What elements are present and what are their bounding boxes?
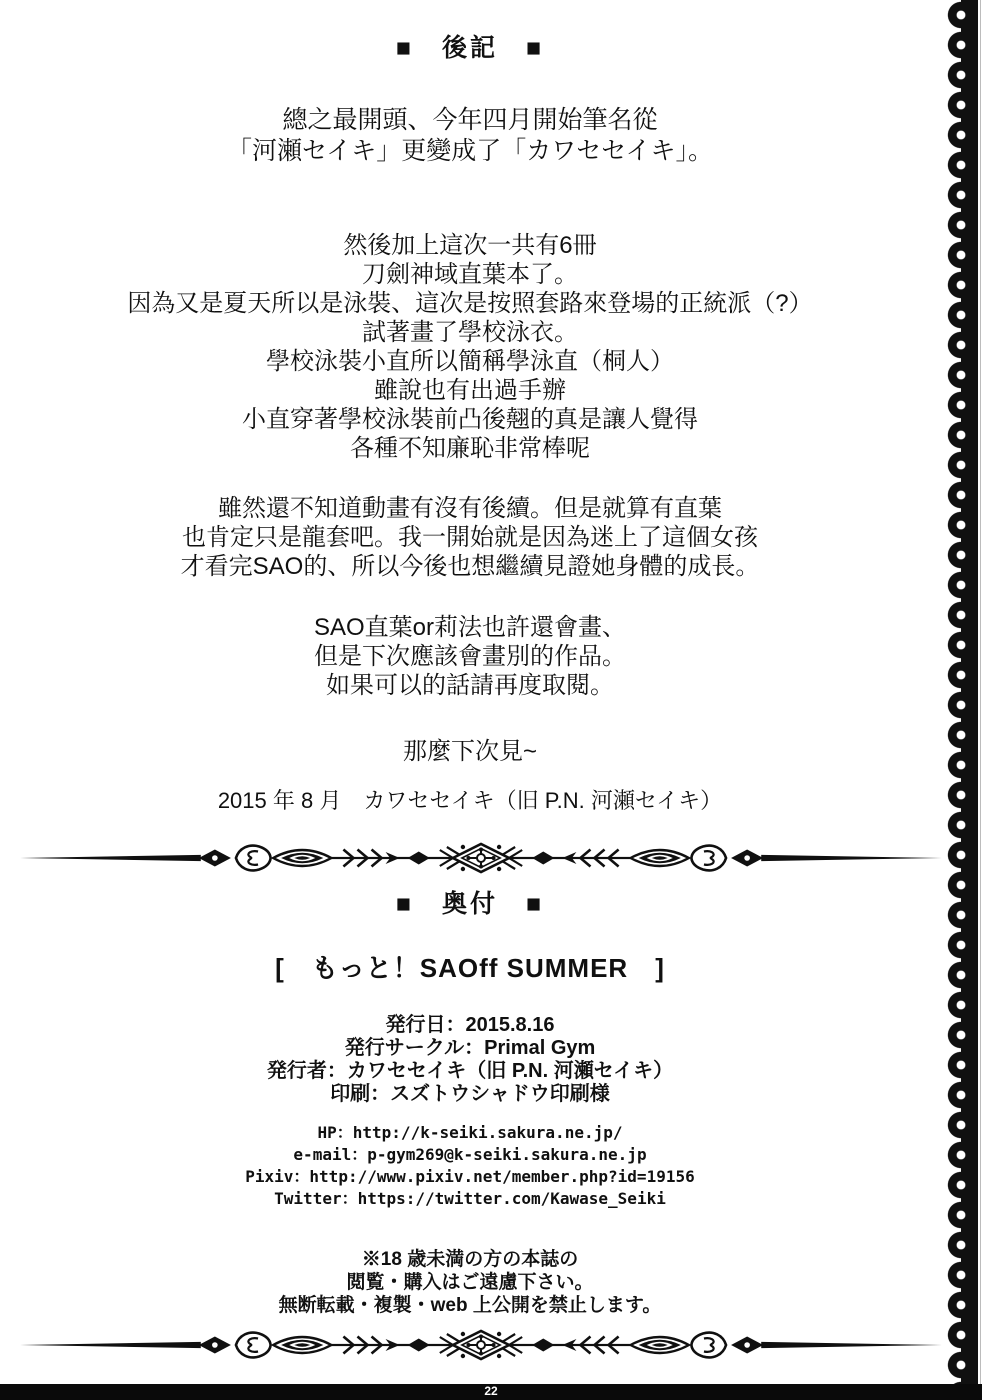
age-restriction-warning: ※18 歳未満の方の本誌の 閲覧・購入はご遠慮下さい。 無断転載・複製・web …	[0, 1248, 940, 1317]
lace-border-decoration	[936, 0, 982, 1400]
afterword-paragraph-2: 然後加上這次一共有6冊 刀劍神域直葉本了。 因為又是夏天所以是泳裝、這次是按照套…	[0, 231, 940, 463]
email-address: e-mail：p-gym269@k-seiki.sakura.ne.jp	[0, 1144, 940, 1166]
ornamental-divider	[14, 1327, 948, 1363]
text-line: 各種不知廉恥非常棒呢	[0, 434, 940, 463]
pixiv-url: Pixiv：http://www.pixiv.net/member.php?id…	[0, 1166, 940, 1188]
text-line: 然後加上這次一共有6冊	[0, 231, 940, 260]
text-line: 如果可以的話請再度取閱。	[0, 671, 940, 700]
text-line: 「河瀬セイキ」更變成了「カワセセイキ」。	[0, 136, 940, 167]
text-line: 雖然還不知道動畫有沒有後續。但是就算有直葉	[0, 494, 940, 523]
text-line: 閲覧・購入はご遠慮下さい。	[0, 1271, 940, 1294]
scanned-doujin-page: ■ 後記 ■ 總之最開頭、今年四月開始筆名從 「河瀬セイキ」更變成了「カワセセイ…	[0, 0, 982, 1400]
text-line: 才看完SAO的、所以今後也想繼續見證她身體的成長。	[0, 552, 940, 581]
book-title: [ もっと！SAOff SUMMER ]	[0, 948, 940, 985]
colophon-header: ■ 奥付 ■	[0, 884, 940, 920]
ornamental-divider	[14, 840, 948, 876]
text-line: 小直穿著學校泳裝前凸後翹的真是讓人覺得	[0, 405, 940, 434]
afterword-closing: 那麼下次見~	[0, 731, 940, 766]
publication-circle: 発行サークル：Primal Gym	[0, 1037, 940, 1060]
text-line: 試著畫了學校泳衣。	[0, 318, 940, 347]
page-number: 22	[484, 1384, 497, 1398]
afterword-paragraph-4: SAO直葉or莉法也許還會畫、 但是下次應該會畫別的作品。 如果可以的話請再度取…	[0, 613, 940, 700]
text-line: 總之最開頭、今年四月開始筆名從	[0, 105, 940, 136]
contact-links: HP：http://k-seiki.sakura.ne.jp/ e-mail：p…	[0, 1122, 940, 1210]
homepage-url: HP：http://k-seiki.sakura.ne.jp/	[0, 1122, 940, 1144]
text-line: 刀劍神域直葉本了。	[0, 260, 940, 289]
printer: 印刷：スズトウシャドウ印刷様	[0, 1083, 940, 1106]
text-line: 無断転載・複製・web 上公開を禁止します。	[0, 1294, 940, 1317]
author-signature: 2015 年 8 月 カワセセイキ（旧 P.N. 河瀬セイキ）	[0, 784, 940, 815]
text-line: SAO直葉or莉法也許還會畫、	[0, 613, 940, 642]
text-line: 因為又是夏天所以是泳裝、這次是按照套路來登場的正統派（?）	[0, 289, 940, 318]
afterword-header: ■ 後記 ■	[0, 28, 940, 64]
publication-date: 発行日：2015.8.16	[0, 1014, 940, 1037]
publisher: 発行者：カワセセイキ（旧 P.N. 河瀬セイキ）	[0, 1060, 940, 1083]
text-line: 學校泳裝小直所以簡稱學泳直（桐人）	[0, 347, 940, 376]
afterword-paragraph-1: 總之最開頭、今年四月開始筆名從 「河瀬セイキ」更變成了「カワセセイキ」。	[0, 105, 940, 167]
twitter-url: Twitter：https://twitter.com/Kawase_Seiki	[0, 1188, 940, 1210]
publication-info: 発行日：2015.8.16 発行サークル：Primal Gym 発行者：カワセセ…	[0, 1014, 940, 1106]
text-line: 但是下次應該會畫別的作品。	[0, 642, 940, 671]
text-line: 雖說也有出過手辦	[0, 376, 940, 405]
page-number-bar: 22	[0, 1384, 982, 1400]
text-line: 也肯定只是龍套吧。我一開始就是因為迷上了這個女孩	[0, 523, 940, 552]
afterword-paragraph-3: 雖然還不知道動畫有沒有後續。但是就算有直葉 也肯定只是龍套吧。我一開始就是因為迷…	[0, 494, 940, 581]
text-line: ※18 歳未満の方の本誌の	[0, 1248, 940, 1271]
